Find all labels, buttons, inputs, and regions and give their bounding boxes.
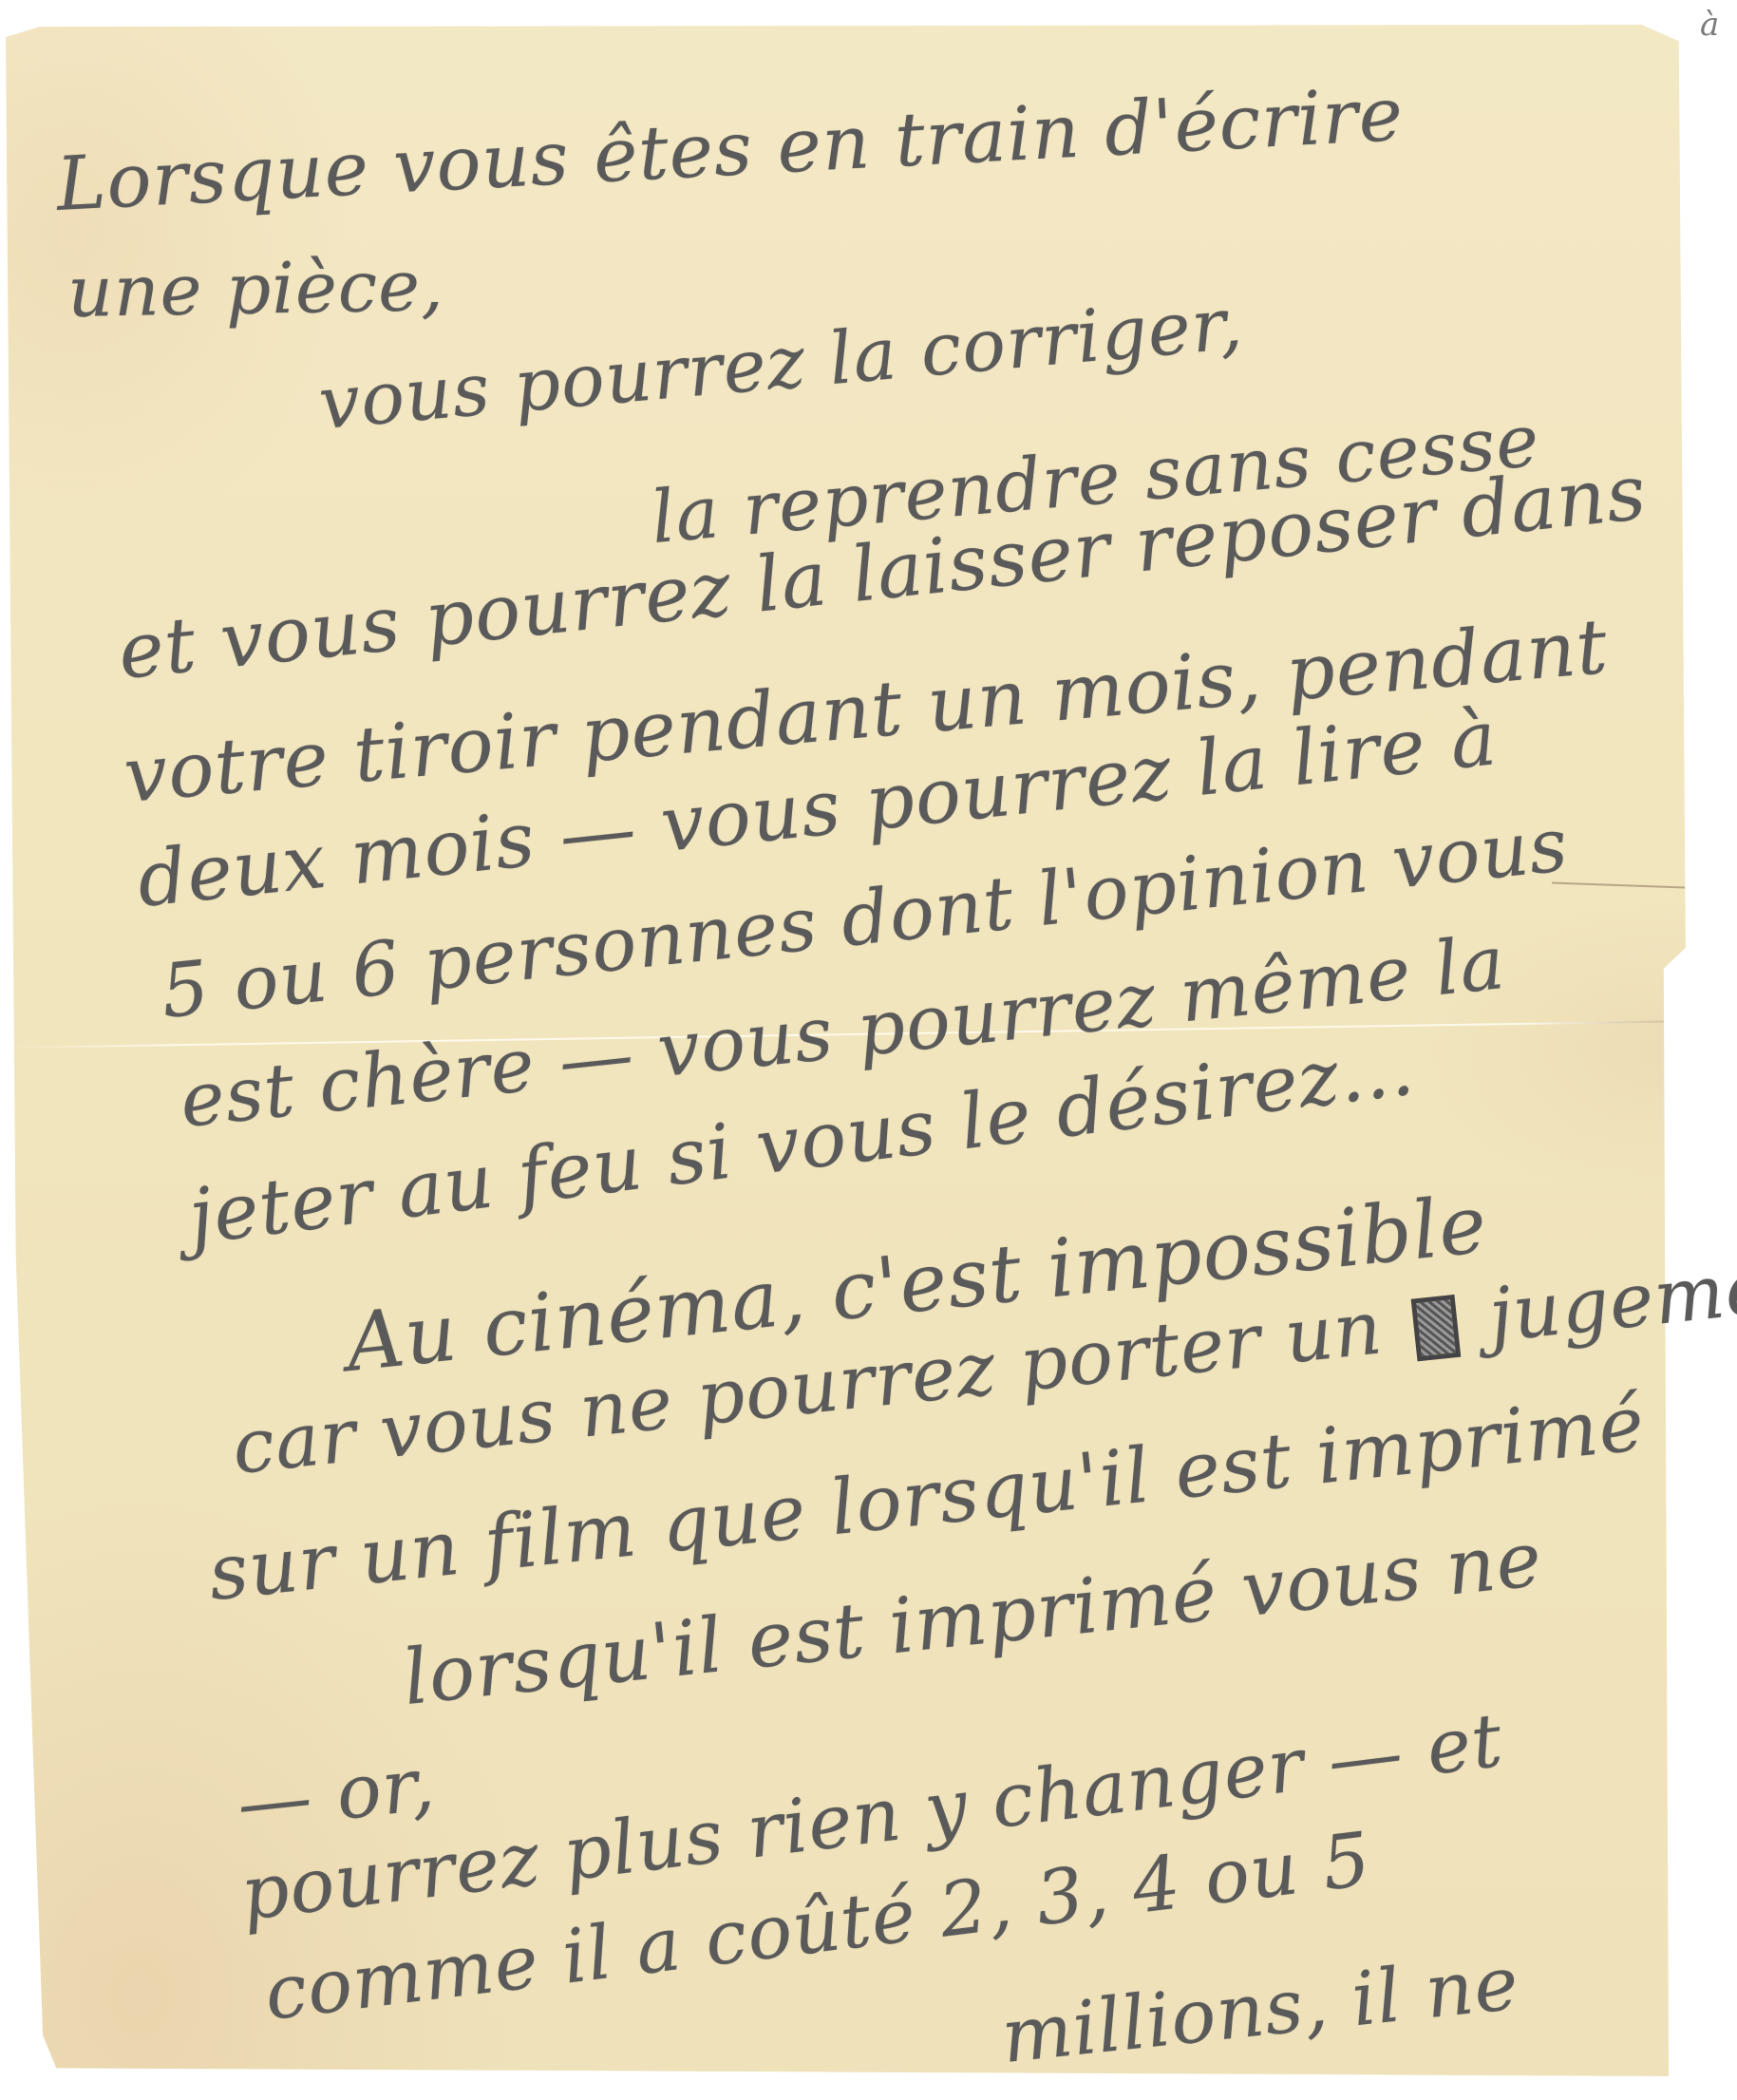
annotation-accent: à	[1700, 6, 1719, 44]
scribbled-out-word	[1411, 1294, 1462, 1360]
handwritten-line-2: une pièce,	[66, 245, 444, 333]
